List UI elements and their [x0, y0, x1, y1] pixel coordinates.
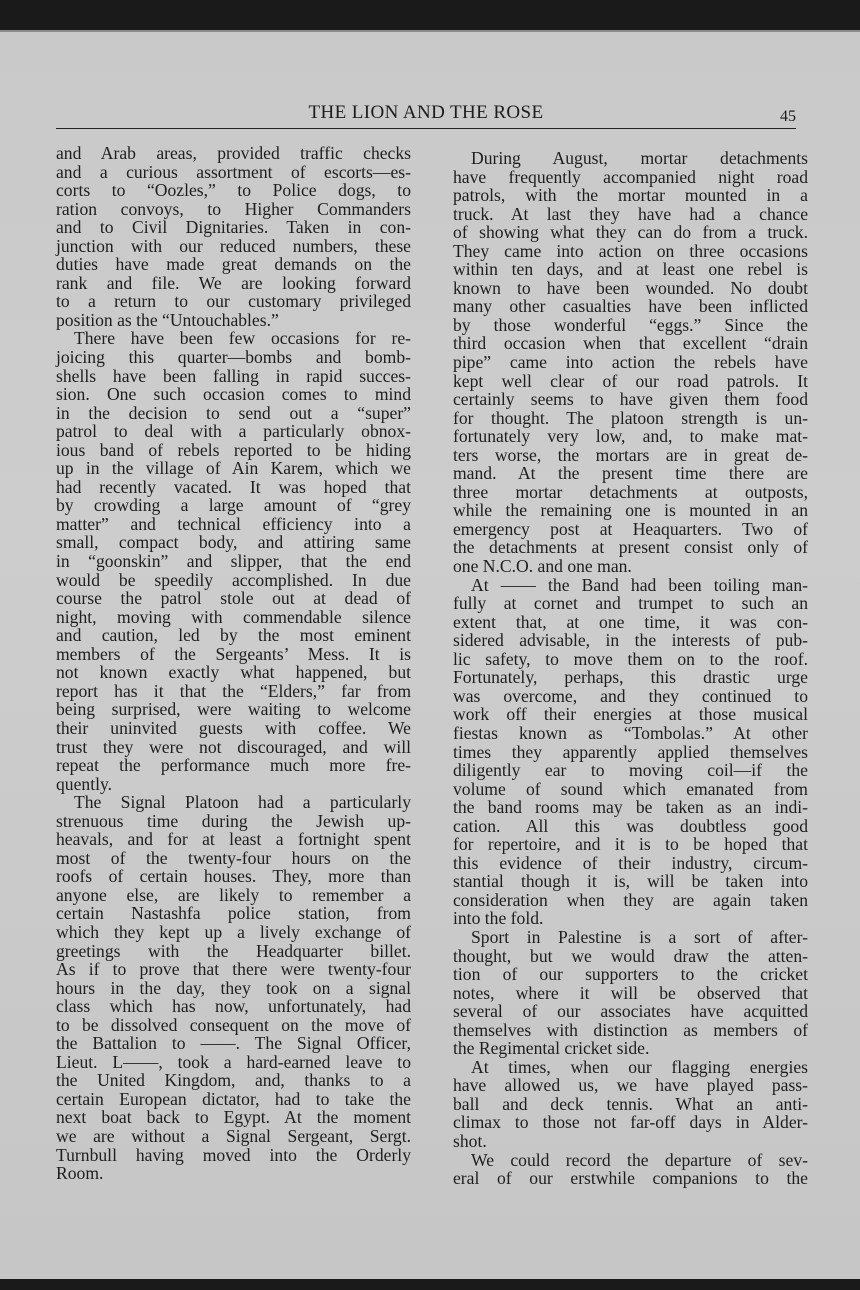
text-line: thought, but we would draw the atten-: [453, 947, 808, 966]
text-line: pipe” came into action the rebels have: [453, 353, 808, 372]
text-line: diligently ear to moving coil—if the: [453, 761, 808, 780]
text-line: to be dissolved consequent on the move o…: [56, 1016, 411, 1035]
text-line: Room.: [56, 1164, 411, 1183]
text-line: certain Nastashfa police station, from: [56, 904, 411, 923]
text-line: fully at cornet and trumpet to such an: [453, 594, 808, 613]
text-line: mand. At the present time there are: [453, 464, 808, 483]
text-line: into the fold.: [453, 909, 808, 928]
text-line: volume of sound which emanated from: [453, 780, 808, 799]
paragraph: At —— the Band had been toiling man-full…: [453, 576, 808, 928]
text-line: heavals, and for at least a fortnight sp…: [56, 830, 411, 849]
text-line: their uninvited guests with coffee. We: [56, 719, 411, 738]
text-line: shot.: [453, 1132, 808, 1151]
text-line: extent that, at one time, it was con-: [453, 613, 808, 632]
text-line: was overcome, and they continued to: [453, 687, 808, 706]
text-line: night, moving with commendable silence: [56, 608, 411, 627]
text-line: many other casualties have been inflicte…: [453, 297, 808, 316]
text-line: At —— the Band had been toiling man-: [453, 576, 808, 595]
text-line: hours in the day, they took on a signal: [56, 979, 411, 998]
text-line: have frequently accompanied night road: [453, 168, 808, 187]
text-line: next boat back to Egypt. At the moment: [56, 1108, 411, 1127]
text-line: of showing what they can do from a truck…: [453, 223, 808, 242]
text-line: emergency post at Heaquarters. Two of: [453, 520, 808, 539]
text-line: Turnbull having moved into the Orderly: [56, 1146, 411, 1165]
text-line: patrols, with the mortar mounted in a: [453, 186, 808, 205]
text-line: certainly seems to have given them food: [453, 390, 808, 409]
text-line: roofs of certain houses. They, more than: [56, 867, 411, 886]
text-line: strenuous time during the Jewish up-: [56, 812, 411, 831]
text-line: work off their energies at those musical: [453, 705, 808, 724]
text-line: up in the village of Ain Karem, which we: [56, 459, 411, 478]
text-line: lic safety, to move them on to the roof.: [453, 650, 808, 669]
text-line: eral of our erstwhile companions to the: [453, 1169, 808, 1188]
text-line: cation. All this was doubtless good: [453, 817, 808, 836]
text-line: junction with our reduced numbers, these: [56, 237, 411, 256]
right-column: During August, mortar detachmentshave fr…: [453, 149, 808, 1188]
text-line: ters worse, the mortars are in great de-: [453, 446, 808, 465]
text-line: for repertoire, and it is to be hoped th…: [453, 835, 808, 854]
text-line: the United Kingdom, and, thanks to a: [56, 1071, 411, 1090]
text-line: matter” and technical efficiency into a: [56, 515, 411, 534]
text-line: ration convoys, to Higher Commanders: [56, 200, 411, 219]
text-line: rank and file. We are looking forward: [56, 274, 411, 293]
text-line: this evidence of their industry, circum-: [453, 854, 808, 873]
text-line: being surprised, were waiting to welcome: [56, 700, 411, 719]
text-line: ball and deck tennis. What an anti-: [453, 1095, 808, 1114]
text-line: to a return to our customary privileged: [56, 292, 411, 311]
text-line: They came into action on three occasions: [453, 242, 808, 261]
text-line: in the decision to send out a “super”: [56, 404, 411, 423]
text-line: shells have been falling in rapid succes…: [56, 367, 411, 386]
text-line: the Battalion to ——. The Signal Officer,: [56, 1034, 411, 1053]
text-line: and Arab areas, provided traffic checks: [56, 144, 411, 163]
text-line: third occasion when that excellent “drai…: [453, 334, 808, 353]
text-line: themselves with distinction as members o…: [453, 1021, 808, 1040]
text-line: tion of our supporters to the cricket: [453, 965, 808, 984]
text-line: which they kept up a lively exchange of: [56, 923, 411, 942]
text-line: ious band of rebels reported to be hidin…: [56, 441, 411, 460]
text-line: have allowed us, we have played pass-: [453, 1076, 808, 1095]
text-line: repeat the performance much more fre-: [56, 756, 411, 775]
text-line: members of the Sergeants’ Mess. It is: [56, 645, 411, 664]
text-line: and caution, led by the most eminent: [56, 626, 411, 645]
text-line: by crowding a large amount of “grey: [56, 496, 411, 515]
text-line: sion. One such occasion comes to mind: [56, 385, 411, 404]
magazine-page: THE LION AND THE ROSE 45 and Arab areas,…: [0, 30, 860, 1279]
text-line: fiestas known as “Tombolas.” At other: [453, 724, 808, 743]
paragraph: and Arab areas, provided traffic checksa…: [56, 144, 411, 329]
text-line: There have been few occasions for re-: [56, 329, 411, 348]
text-line: class which has now, unfortunately, had: [56, 997, 411, 1016]
text-line: duties have made great demands on the: [56, 255, 411, 274]
text-line: greetings with the Headquarter billet.: [56, 942, 411, 961]
paragraph: During August, mortar detachmentshave fr…: [453, 149, 808, 576]
text-line: for thought. The platoon strength is un-: [453, 409, 808, 428]
text-line: several of our associates have acquitted: [453, 1002, 808, 1021]
text-line: At times, when our flagging energies: [453, 1058, 808, 1077]
text-line: not known exactly what happened, but: [56, 663, 411, 682]
text-line: course the patrol stole out at dead of: [56, 589, 411, 608]
paragraph: We could record the departure of sev-era…: [453, 1151, 808, 1188]
text-line: and to Civil Dignitaries. Taken in con-: [56, 218, 411, 237]
text-line: Lieut. L——, took a hard-earned leave to: [56, 1053, 411, 1072]
text-line: in “goonskin” and slipper, that the end: [56, 552, 411, 571]
text-line: three mortar detachments at outposts,: [453, 483, 808, 502]
text-line: During August, mortar detachments: [453, 149, 808, 168]
text-line: had recently vacated. It was hoped that: [56, 478, 411, 497]
text-line: by those wonderful “eggs.” Since the: [453, 316, 808, 335]
text-line: within ten days, and at least one rebel …: [453, 260, 808, 279]
text-line: most of the twenty-four hours on the: [56, 849, 411, 868]
text-line: truck. At last they have had a chance: [453, 205, 808, 224]
text-line: we are without a Signal Sergeant, Sergt.: [56, 1127, 411, 1146]
paragraph: The Signal Platoon had a particularlystr…: [56, 793, 411, 1182]
text-line: while the remaining one is mounted in an: [453, 501, 808, 520]
text-line: sidered advisable, in the interests of p…: [453, 631, 808, 650]
text-line: fortunately very low, and, to make mat-: [453, 427, 808, 446]
text-line: patrol to deal with a particularly obnox…: [56, 422, 411, 441]
text-line: one N.C.O. and one man.: [453, 557, 808, 576]
text-line: As if to prove that there were twenty-fo…: [56, 960, 411, 979]
text-line: quently.: [56, 775, 411, 794]
left-column: and Arab areas, provided traffic checksa…: [56, 144, 411, 1183]
text-line: stantial though it is, will be taken int…: [453, 872, 808, 891]
text-line: anyone else, are likely to remember a: [56, 886, 411, 905]
text-line: times they apparently applied themselves: [453, 743, 808, 762]
text-line: The Signal Platoon had a particularly: [56, 793, 411, 812]
text-line: kept well clear of our road patrols. It: [453, 372, 808, 391]
text-line: trust they were not discouraged, and wil…: [56, 738, 411, 757]
text-line: consideration when they are again taken: [453, 891, 808, 910]
text-line: certain European dictator, had to take t…: [56, 1090, 411, 1109]
paragraph: There have been few occasions for re-joi…: [56, 329, 411, 793]
text-line: the detachments at present consist only …: [453, 538, 808, 557]
text-line: Sport in Palestine is a sort of after-: [453, 928, 808, 947]
text-line: the band rooms may be taken as an indi-: [453, 798, 808, 817]
text-line: joicing this quarter—bombs and bomb-: [56, 348, 411, 367]
text-line: the Regimental cricket side.: [453, 1039, 808, 1058]
text-line: corts to “Oozles,” to Police dogs, to: [56, 181, 411, 200]
running-title: THE LION AND THE ROSE: [56, 102, 796, 124]
text-line: notes, where it will be observed that: [453, 984, 808, 1003]
text-line: position as the “Untouchables.”: [56, 311, 411, 330]
running-head: THE LION AND THE ROSE 45: [56, 102, 796, 129]
text-line: report has it that the “Elders,” far fro…: [56, 682, 411, 701]
text-line: We could record the departure of sev-: [453, 1151, 808, 1170]
paragraph: At times, when our flagging energieshave…: [453, 1058, 808, 1151]
text-line: Fortunately, perhaps, this drastic urge: [453, 668, 808, 687]
text-line: small, compact body, and attiring same: [56, 533, 411, 552]
text-line: and a curious assortment of escorts—es-: [56, 163, 411, 182]
paragraph: Sport in Palestine is a sort of after-th…: [453, 928, 808, 1058]
text-line: known to have been wounded. No doubt: [453, 279, 808, 298]
text-line: climax to those not far-off days in Alde…: [453, 1113, 808, 1132]
page-number: 45: [780, 108, 796, 126]
text-line: would be speedily accomplished. In due: [56, 571, 411, 590]
